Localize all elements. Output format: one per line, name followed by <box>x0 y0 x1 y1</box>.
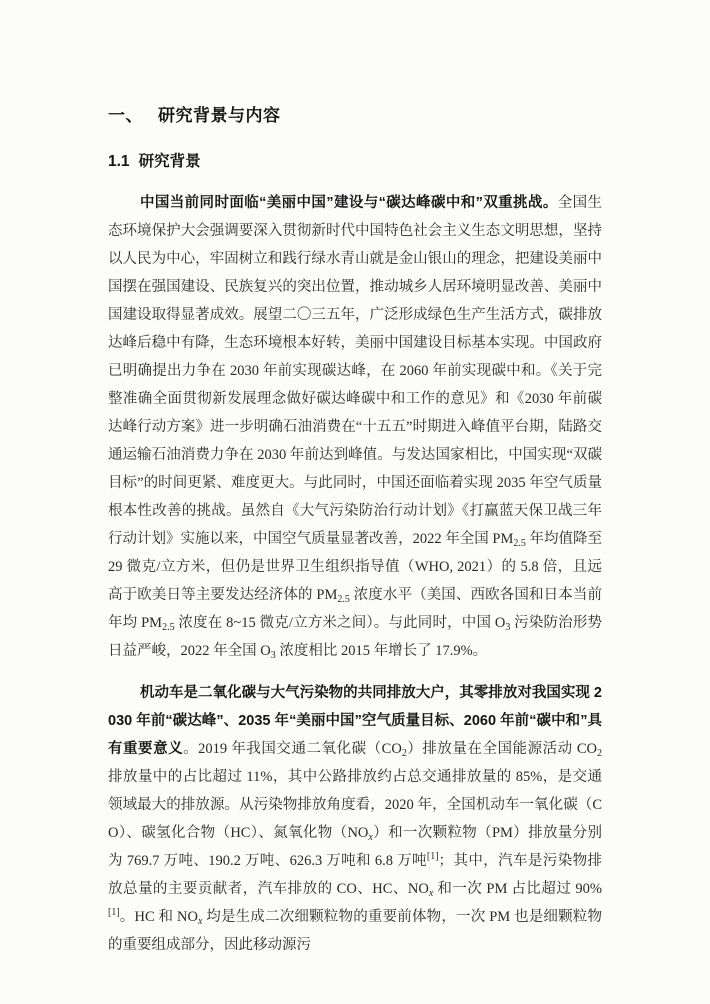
text-run: 浓度相比 2015 年增长了 17.9%。 <box>276 643 487 659</box>
text-run: 浓度在 8~15 微克/立方米之间）。与此同时，中国 O <box>175 615 506 631</box>
section-heading: 一、 研究背景与内容 <box>108 104 602 128</box>
subsection-heading: 1.1 研究背景 <box>108 150 602 174</box>
subsection-heading-title: 研究背景 <box>139 150 201 174</box>
body-paragraph-2: 机动车是二氧化碳与大气污染物的共同排放大户，其零排放对我国实现 2030 年前“… <box>108 679 602 959</box>
section-heading-number: 一、 <box>108 104 143 128</box>
text-run: 。HC 和 NO <box>120 909 198 925</box>
section-heading-title: 研究背景与内容 <box>158 104 281 128</box>
body-paragraph-1: 中国当前同时面临“美丽中国”建设与“碳达峰碳中和”双重挑战。全国生态环境保护大会… <box>108 189 602 665</box>
text-run: [1] <box>427 851 439 862</box>
text-run: [1] <box>108 907 120 918</box>
text-run: 全国生态环境保护大会强调要深入贯彻新时代中国特色社会主义生态文明思想，坚持以人民… <box>108 195 602 547</box>
document-page: 一、 研究背景与内容 1.1 研究背景 中国当前同时面临“美丽中国”建设与“碳达… <box>0 0 710 1004</box>
text-run: 2 <box>597 748 602 759</box>
text-run: 2.5 <box>513 538 526 549</box>
text-run: 2.5 <box>337 594 350 605</box>
text-run: 中国当前同时面临“美丽中国”建设与“碳达峰碳中和”双重挑战。 <box>140 195 558 211</box>
text-run: 和一次 PM 占比超过 90% <box>433 881 602 897</box>
document-content: 一、 研究背景与内容 1.1 研究背景 中国当前同时面临“美丽中国”建设与“碳达… <box>108 104 602 959</box>
text-run: ）排放量在全国能源活动 CO <box>407 741 597 757</box>
text-run: 。2019 年我国交通二氧化碳（CO <box>183 741 402 757</box>
subsection-heading-number: 1.1 <box>108 150 130 174</box>
text-run: 2.5 <box>162 622 175 633</box>
